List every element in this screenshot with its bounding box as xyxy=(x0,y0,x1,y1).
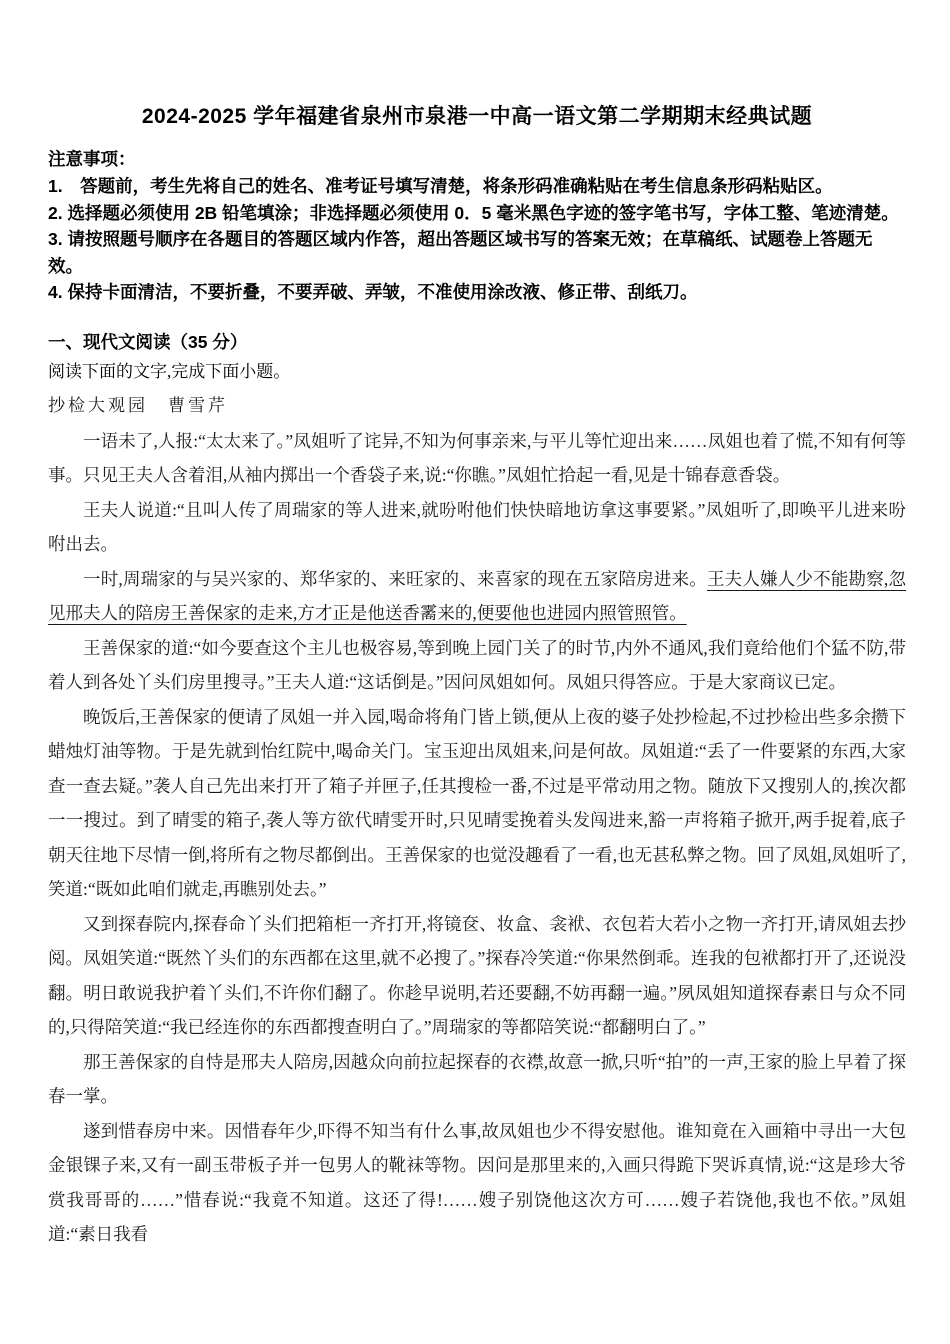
passage-paragraph-8: 遂到惜春房中来。因惜春年少,吓得不知当有什么事,故凤姐也少不得安慰他。谁知竟在入… xyxy=(48,1114,906,1252)
notice-item-4: 4. 保持卡面清洁，不要折叠，不要弄破、弄皱，不准使用涂改液、修正带、刮纸刀。 xyxy=(48,279,906,306)
passage-paragraph-3: 一时,周瑞家的与吴兴家的、郑华家的、来旺家的、来喜家的现在五家陪房进来。王夫人嫌… xyxy=(48,562,906,631)
passage-paragraph-1: 一语未了,人报:“太太来了。”凤姐听了诧异,不知为何事亲来,与平儿等忙迎出来……… xyxy=(48,424,906,493)
page-title: 2024-2025 学年福建省泉州市泉港一中高一语文第二学期期末经典试题 xyxy=(48,102,906,132)
passage-paragraph-4: 王善保家的道:“如今要查这个主儿也极容易,等到晚上园门关了的时节,内外不通风,我… xyxy=(48,631,906,700)
notice-item-2: 2. 选择题必须使用 2B 铅笔填涂；非选择题必须使用 0．5 毫米黑色字迹的签… xyxy=(48,200,906,227)
paragraph-text: 一时,周瑞家的与吴兴家的、郑华家的、来旺家的、来喜家的现在五家陪房进来。 xyxy=(83,569,707,589)
notice-item-1: 1. 答题前，考生先将自己的姓名、准考证号填写清楚，将条形码准确粘贴在考生信息条… xyxy=(48,173,906,200)
passage-paragraph-7: 那王善保家的自恃是邢夫人陪房,因越众向前拉起探春的衣襟,故意一掀,只听“拍”的一… xyxy=(48,1045,906,1114)
notice-section: 注意事项： 1. 答题前，考生先将自己的姓名、准考证号填写清楚，将条形码准确粘贴… xyxy=(48,146,906,306)
passage-paragraph-5: 晚饭后,王善保家的便请了凤姐一并入园,喝命将角门皆上锁,便从上夜的婆子处抄检起,… xyxy=(48,700,906,907)
passage-body: 一语未了,人报:“太太来了。”凤姐听了诧异,不知为何事亲来,与平儿等忙迎出来……… xyxy=(48,424,906,1252)
section-intro: 阅读下面的文字,完成下面小题。 xyxy=(48,358,906,386)
passage-title: 抄检大观园 曹雪芹 xyxy=(48,392,906,420)
passage-paragraph-2: 王夫人说道:“且叫人传了周瑞家的等人进来,就吩咐他们快快暗地访拿这事要紧。”凤姐… xyxy=(48,493,906,562)
passage-paragraph-6: 又到探春院内,探春命丫头们把箱柜一齐打开,将镜奁、妆盒、衾袱、衣包若大若小之物一… xyxy=(48,907,906,1045)
section-heading: 一、现代文阅读（35 分） xyxy=(48,328,906,356)
exam-page: 2024-2025 学年福建省泉州市泉港一中高一语文第二学期期末经典试题 注意事… xyxy=(0,0,950,1344)
notice-item-3: 3. 请按照题号顺序在各题目的答题区域内作答，超出答题区域书写的答案无效；在草稿… xyxy=(48,226,906,279)
notice-heading: 注意事项： xyxy=(48,146,906,173)
